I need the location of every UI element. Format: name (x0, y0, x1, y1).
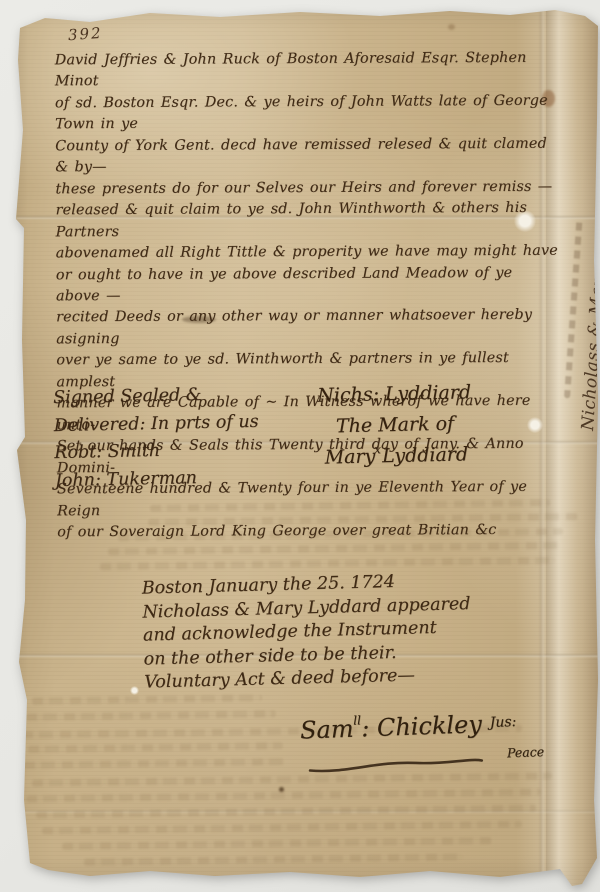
justice-title: Jus: (489, 714, 516, 731)
mark-caption: The Mark of (318, 408, 472, 442)
bleed-through-line (28, 742, 283, 753)
justice-name-superscript: ll (353, 713, 361, 727)
bleed-through-line (84, 853, 464, 865)
deed-line: recited Deeds or any other way or manner… (56, 305, 560, 351)
witness-signature: Robt: Smith (54, 436, 259, 468)
bleed-through-line (42, 821, 522, 835)
bleed-through-line (24, 758, 284, 769)
witness-line: Signed Sealed & (53, 381, 258, 413)
stain (448, 24, 455, 30)
signature-mary-last: Lyddiard (382, 443, 468, 467)
signature-mary-first: Mary (324, 445, 375, 468)
deed-line: of sd. Boston Esqr. Dec. & ye heirs of J… (55, 91, 559, 137)
deed-line: abovenamed all Right Tittle & properity … (56, 241, 560, 265)
signature-block: Nichs: Lyddiard The Mark of MaryxLyddiar… (317, 377, 473, 475)
witness-block: Signed Sealed & Delivered: In prts of us… (53, 381, 260, 495)
bleed-through-line (32, 772, 552, 786)
signature-mary: MaryxLyddiard (318, 439, 472, 475)
deed-line: David Jeffries & John Ruck of Boston Afo… (55, 48, 559, 94)
signature-nicholas: Nichs: Lyddiard (317, 377, 471, 411)
paper-hole (130, 686, 139, 695)
witness-signature: John: Tukerman (55, 463, 260, 495)
justice-signature: Samll: ChickleyJus: Peace (300, 707, 561, 744)
witness-line: Delivered: In prts of us (53, 408, 258, 440)
bleed-through-line (62, 837, 492, 850)
bleed-through-line (26, 710, 276, 720)
deed-line: or ought to have in ye above described L… (56, 262, 560, 308)
deed-line: County of York Gent. decd have remissed … (55, 133, 559, 179)
bleed-through-line (36, 805, 536, 819)
bleed-through-line (108, 542, 560, 555)
deed-line: of our Soveraign Lord King George over g… (57, 520, 561, 544)
deed-line: released & quit claim to ye sd. John Win… (55, 198, 559, 244)
manuscript-photo: 392 David Jeffries & John Ruck of Boston… (0, 0, 600, 892)
justice-name-rest: : Chickley (361, 710, 483, 742)
mary-x-mark: x (374, 442, 381, 456)
page-number: 392 (67, 24, 103, 44)
justice-name: Sam (300, 715, 354, 745)
justice-title-line2: Peace (507, 744, 545, 760)
bleed-through-line (32, 694, 262, 704)
acknowledgement-block: Boston January the 25. 1724 Nicholass & … (142, 566, 575, 695)
deed-line: these presents do for our Selves our Hei… (55, 176, 559, 200)
manuscript-paper: 392 David Jeffries & John Ruck of Boston… (0, 0, 600, 892)
